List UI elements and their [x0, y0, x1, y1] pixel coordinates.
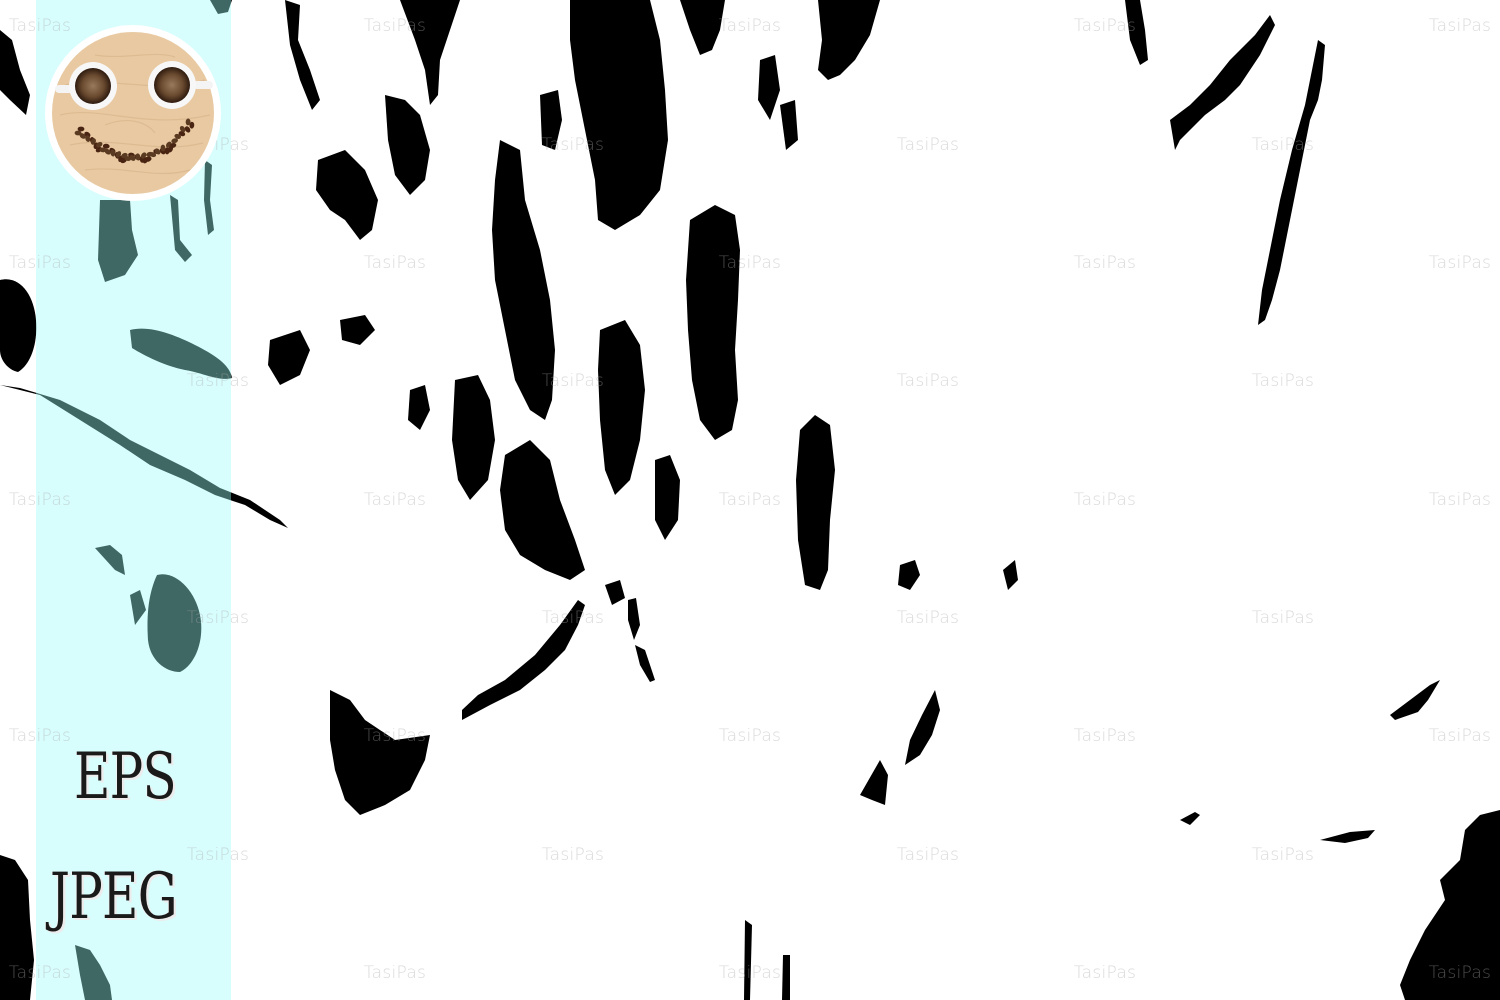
watermark-text: TasiPas — [719, 490, 781, 510]
watermark-text: TasiPas — [187, 371, 249, 391]
format-label-jpeg: JPEG — [50, 865, 177, 929]
format-label-eps: EPS — [74, 745, 176, 809]
watermark-grid: TasiPasTasiPasTasiPasTasiPasTasiPasTasiP… — [0, 0, 1500, 1000]
watermark-text: TasiPas — [1429, 490, 1491, 510]
watermark-text: TasiPas — [897, 371, 959, 391]
watermark-text: TasiPas — [364, 16, 426, 36]
watermark-text: TasiPas — [719, 726, 781, 746]
watermark-text: TasiPas — [1074, 963, 1136, 983]
watermark-text: TasiPas — [542, 135, 604, 155]
watermark-text: TasiPas — [897, 608, 959, 628]
watermark-text: TasiPas — [364, 963, 426, 983]
watermark-text: TasiPas — [1429, 726, 1491, 746]
watermark-text: TasiPas — [719, 253, 781, 273]
watermark-text: TasiPas — [1074, 490, 1136, 510]
watermark-text: TasiPas — [1074, 253, 1136, 273]
watermark-text: TasiPas — [1252, 135, 1314, 155]
watermark-text: TasiPas — [1429, 963, 1491, 983]
coffee-smiley-image — [45, 25, 221, 201]
watermark-text: TasiPas — [1429, 16, 1491, 36]
watermark-text: TasiPas — [1074, 16, 1136, 36]
watermark-text: TasiPas — [542, 608, 604, 628]
watermark-text: TasiPas — [9, 726, 71, 746]
watermark-text: TasiPas — [187, 608, 249, 628]
watermark-text: TasiPas — [9, 963, 71, 983]
coffee-smiley-badge — [45, 25, 221, 201]
watermark-text: TasiPas — [897, 135, 959, 155]
watermark-text: TasiPas — [9, 490, 71, 510]
watermark-text: TasiPas — [897, 845, 959, 865]
watermark-text: TasiPas — [719, 16, 781, 36]
watermark-text: TasiPas — [364, 253, 426, 273]
watermark-text: TasiPas — [1074, 726, 1136, 746]
watermark-text: TasiPas — [719, 963, 781, 983]
watermark-text: TasiPas — [542, 371, 604, 391]
watermark-text: TasiPas — [1252, 608, 1314, 628]
watermark-text: TasiPas — [364, 490, 426, 510]
watermark-text: TasiPas — [542, 845, 604, 865]
watermark-text: TasiPas — [9, 253, 71, 273]
watermark-text: TasiPas — [1252, 371, 1314, 391]
watermark-text: TasiPas — [1252, 845, 1314, 865]
texture-preview: TasiPasTasiPasTasiPasTasiPasTasiPasTasiP… — [0, 0, 1500, 1000]
watermark-text: TasiPas — [364, 726, 426, 746]
watermark-text: TasiPas — [1429, 253, 1491, 273]
watermark-text: TasiPas — [187, 845, 249, 865]
